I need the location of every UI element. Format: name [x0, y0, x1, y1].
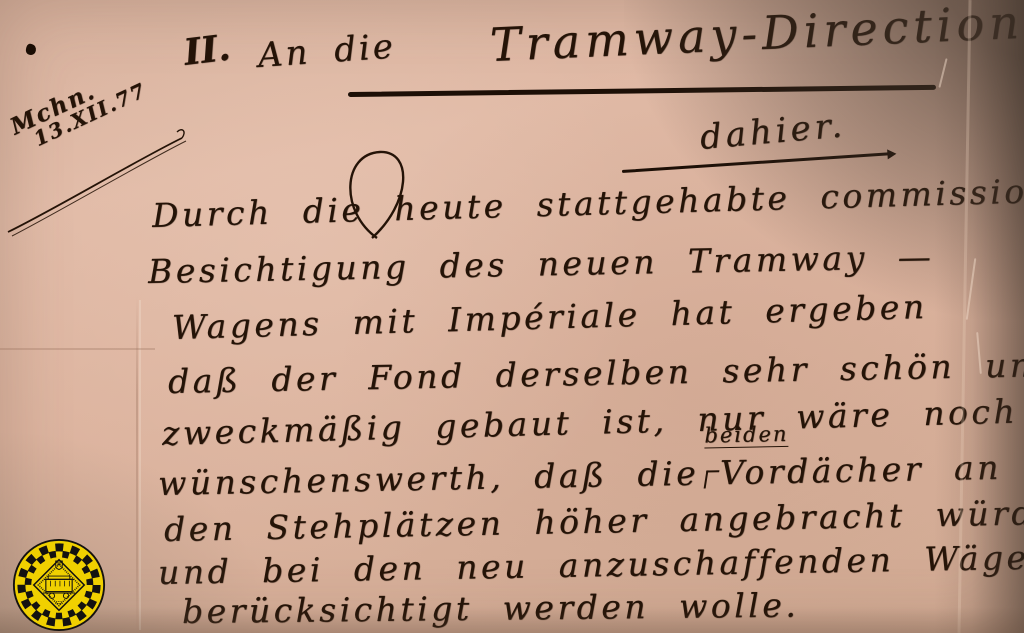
header-recipient: Tramway-Direction — [489, 0, 1024, 72]
body-line-1: Durch die heute stattgehabte commissione… — [151, 169, 1024, 235]
header-underline — [348, 85, 936, 97]
header-index-mark: II. — [181, 27, 232, 74]
insertion-caret-mark — [704, 470, 720, 488]
paper-scratch — [938, 58, 947, 88]
horizontal-crease — [0, 348, 155, 350]
header-salutation: An die — [257, 26, 397, 76]
location-underline — [622, 152, 894, 173]
body-line-9: berücksichtigt werden wolle. — [182, 586, 800, 631]
body-line-2: Besichtigung des neuen Tramway — — [148, 237, 935, 291]
insertion-wrap: beiden — [699, 453, 721, 492]
badge-inner-field — [32, 558, 87, 613]
ink-blot — [25, 43, 37, 56]
vertical-crease-highlight — [139, 300, 141, 630]
body-line-6-post: Vordächer an — [720, 448, 1002, 492]
body-line-5: zweckmäßig gebaut ist, nur wäre noch — [161, 392, 1018, 453]
body-line-3: Wagens mit Impériale hat ergeben — [171, 287, 928, 347]
margin-registry-note: Mchn. 13.XII.77 — [6, 58, 150, 158]
vertical-crease — [136, 295, 138, 633]
paper-scratch — [966, 258, 977, 320]
header-location: dahier. — [698, 105, 847, 158]
body-line-6-pre: wünschenswerth, daß die — [158, 454, 700, 503]
tram-museum-badge — [12, 538, 106, 632]
document-page: Mchn. 13.XII.77 II. An die Tramway-Direc… — [0, 0, 1024, 633]
body-line-4: daß der Fond derselben sehr schön und — [168, 345, 1024, 401]
body-line-6: wünschenswerth, daß diebeidenVordächer a… — [158, 448, 1003, 503]
inserted-word: beiden — [704, 422, 788, 449]
